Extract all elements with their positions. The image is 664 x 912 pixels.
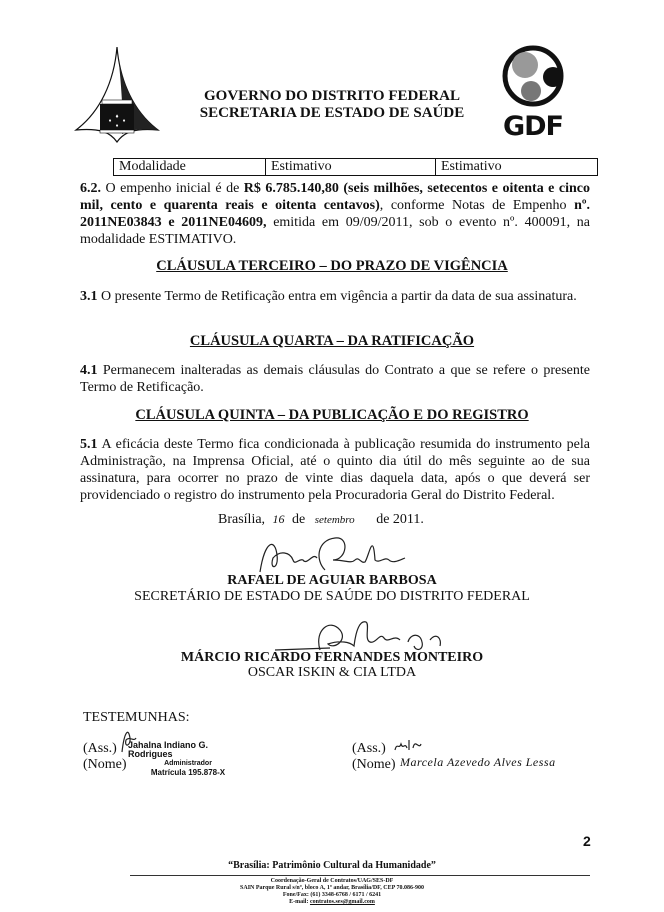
date-line: Brasília, 16 de setembro de 2011. <box>218 512 424 528</box>
witness2-nome-label: (Nome) <box>352 757 396 773</box>
witness1-nome-label: (Nome) <box>83 757 127 773</box>
witness2-signature <box>393 736 423 754</box>
signatory1-name: RAFAEL DE AGUIAR BARBOSA <box>0 573 664 589</box>
para-text: , conforme Notas de Empenho <box>380 198 574 213</box>
date-day-handwritten: 16 <box>273 512 285 526</box>
date-de: de <box>292 512 305 527</box>
table-cell: Estimativo <box>266 159 436 175</box>
para-text: A eficácia deste Termo fica condicionada… <box>80 437 590 503</box>
signatory2-name: MÁRCIO RICARDO FERNANDES MONTEIRO <box>0 650 664 666</box>
clause5-title: CLÁUSULA QUINTA – DA PUBLICAÇÃO E DO REG… <box>0 407 664 424</box>
stamp-id: Matrícula 195.878-X <box>128 768 248 777</box>
para-text: O empenho inicial é de <box>101 181 244 196</box>
footer-divider <box>130 875 590 876</box>
clause3-title: CLÁUSULA TERCEIRO – DO PRAZO DE VIGÊNCIA <box>0 258 664 275</box>
footer-motto: “Brasília: Patrimônio Cultural da Humani… <box>0 860 664 871</box>
gdf-logo: GDF <box>497 45 569 140</box>
footer-line3: Fone/Fax: (61) 3348-6768 / 6171 / 6241 <box>0 892 664 899</box>
email-label: E-mail: <box>289 899 310 905</box>
table-cell: Modalidade <box>114 159 266 175</box>
clause4-title: CLÁUSULA QUARTA – DA RATIFICAÇÃO <box>0 333 664 350</box>
witness2-ass-label: (Ass.) <box>352 741 386 757</box>
footer-email-line: E-mail: contratos.ses@gmail.com <box>0 899 664 906</box>
witness2-name-handwritten: Marcela Azevedo Alves Lessa <box>400 755 556 770</box>
witness1-ass-label: (Ass.) <box>83 741 117 757</box>
para-number: 4.1 <box>80 363 98 378</box>
stamp-role: Administrador <box>128 759 248 768</box>
svg-text:♦: ♦ <box>116 124 119 129</box>
para-number: 5.1 <box>80 437 98 452</box>
stamp-name: Jahalna Indiano G. Rodrigues <box>128 741 248 759</box>
modalidade-table-row: Modalidade Estimativo Estimativo <box>113 158 598 176</box>
witness1-stamp: Jahalna Indiano G. Rodrigues Administrad… <box>128 741 248 777</box>
para-text: O presente Termo de Retificação entra em… <box>98 289 577 304</box>
date-month-handwritten: setembro <box>315 514 355 526</box>
date-suffix: de 2011. <box>376 512 424 527</box>
table-cell: Estimativo <box>436 159 597 175</box>
date-prefix: Brasília, <box>218 512 265 527</box>
paragraph-6-2: 6.2. O empenho inicial é de R$ 6.785.140… <box>80 180 590 248</box>
page-number: 2 <box>583 833 591 849</box>
para-number: 6.2. <box>80 181 101 196</box>
footer-line2: SAIN Parque Rural s/nº, bloco A, 1º anda… <box>0 885 664 892</box>
footer-line1: Coordenação-Geral de Contratos/UAG/SES-D… <box>0 878 664 885</box>
clause4-paragraph: 4.1 Permanecem inalteradas as demais clá… <box>80 362 590 396</box>
clause5-paragraph: 5.1 A eficácia deste Termo fica condicio… <box>80 436 590 504</box>
clause3-paragraph: 3.1 O presente Termo de Retificação entr… <box>80 288 590 305</box>
signatory1-role: SECRETÁRIO DE ESTADO DE SAÚDE DO DISTRIT… <box>0 589 664 605</box>
signatory2-company: OSCAR ISKIN & CIA LTDA <box>0 665 664 681</box>
email-link[interactable]: contratos.ses@gmail.com <box>310 899 375 905</box>
para-number: 3.1 <box>80 289 98 304</box>
para-text: Permanecem inalteradas as demais cláusul… <box>80 363 590 395</box>
gdf-logo-text: GDF <box>497 112 569 142</box>
